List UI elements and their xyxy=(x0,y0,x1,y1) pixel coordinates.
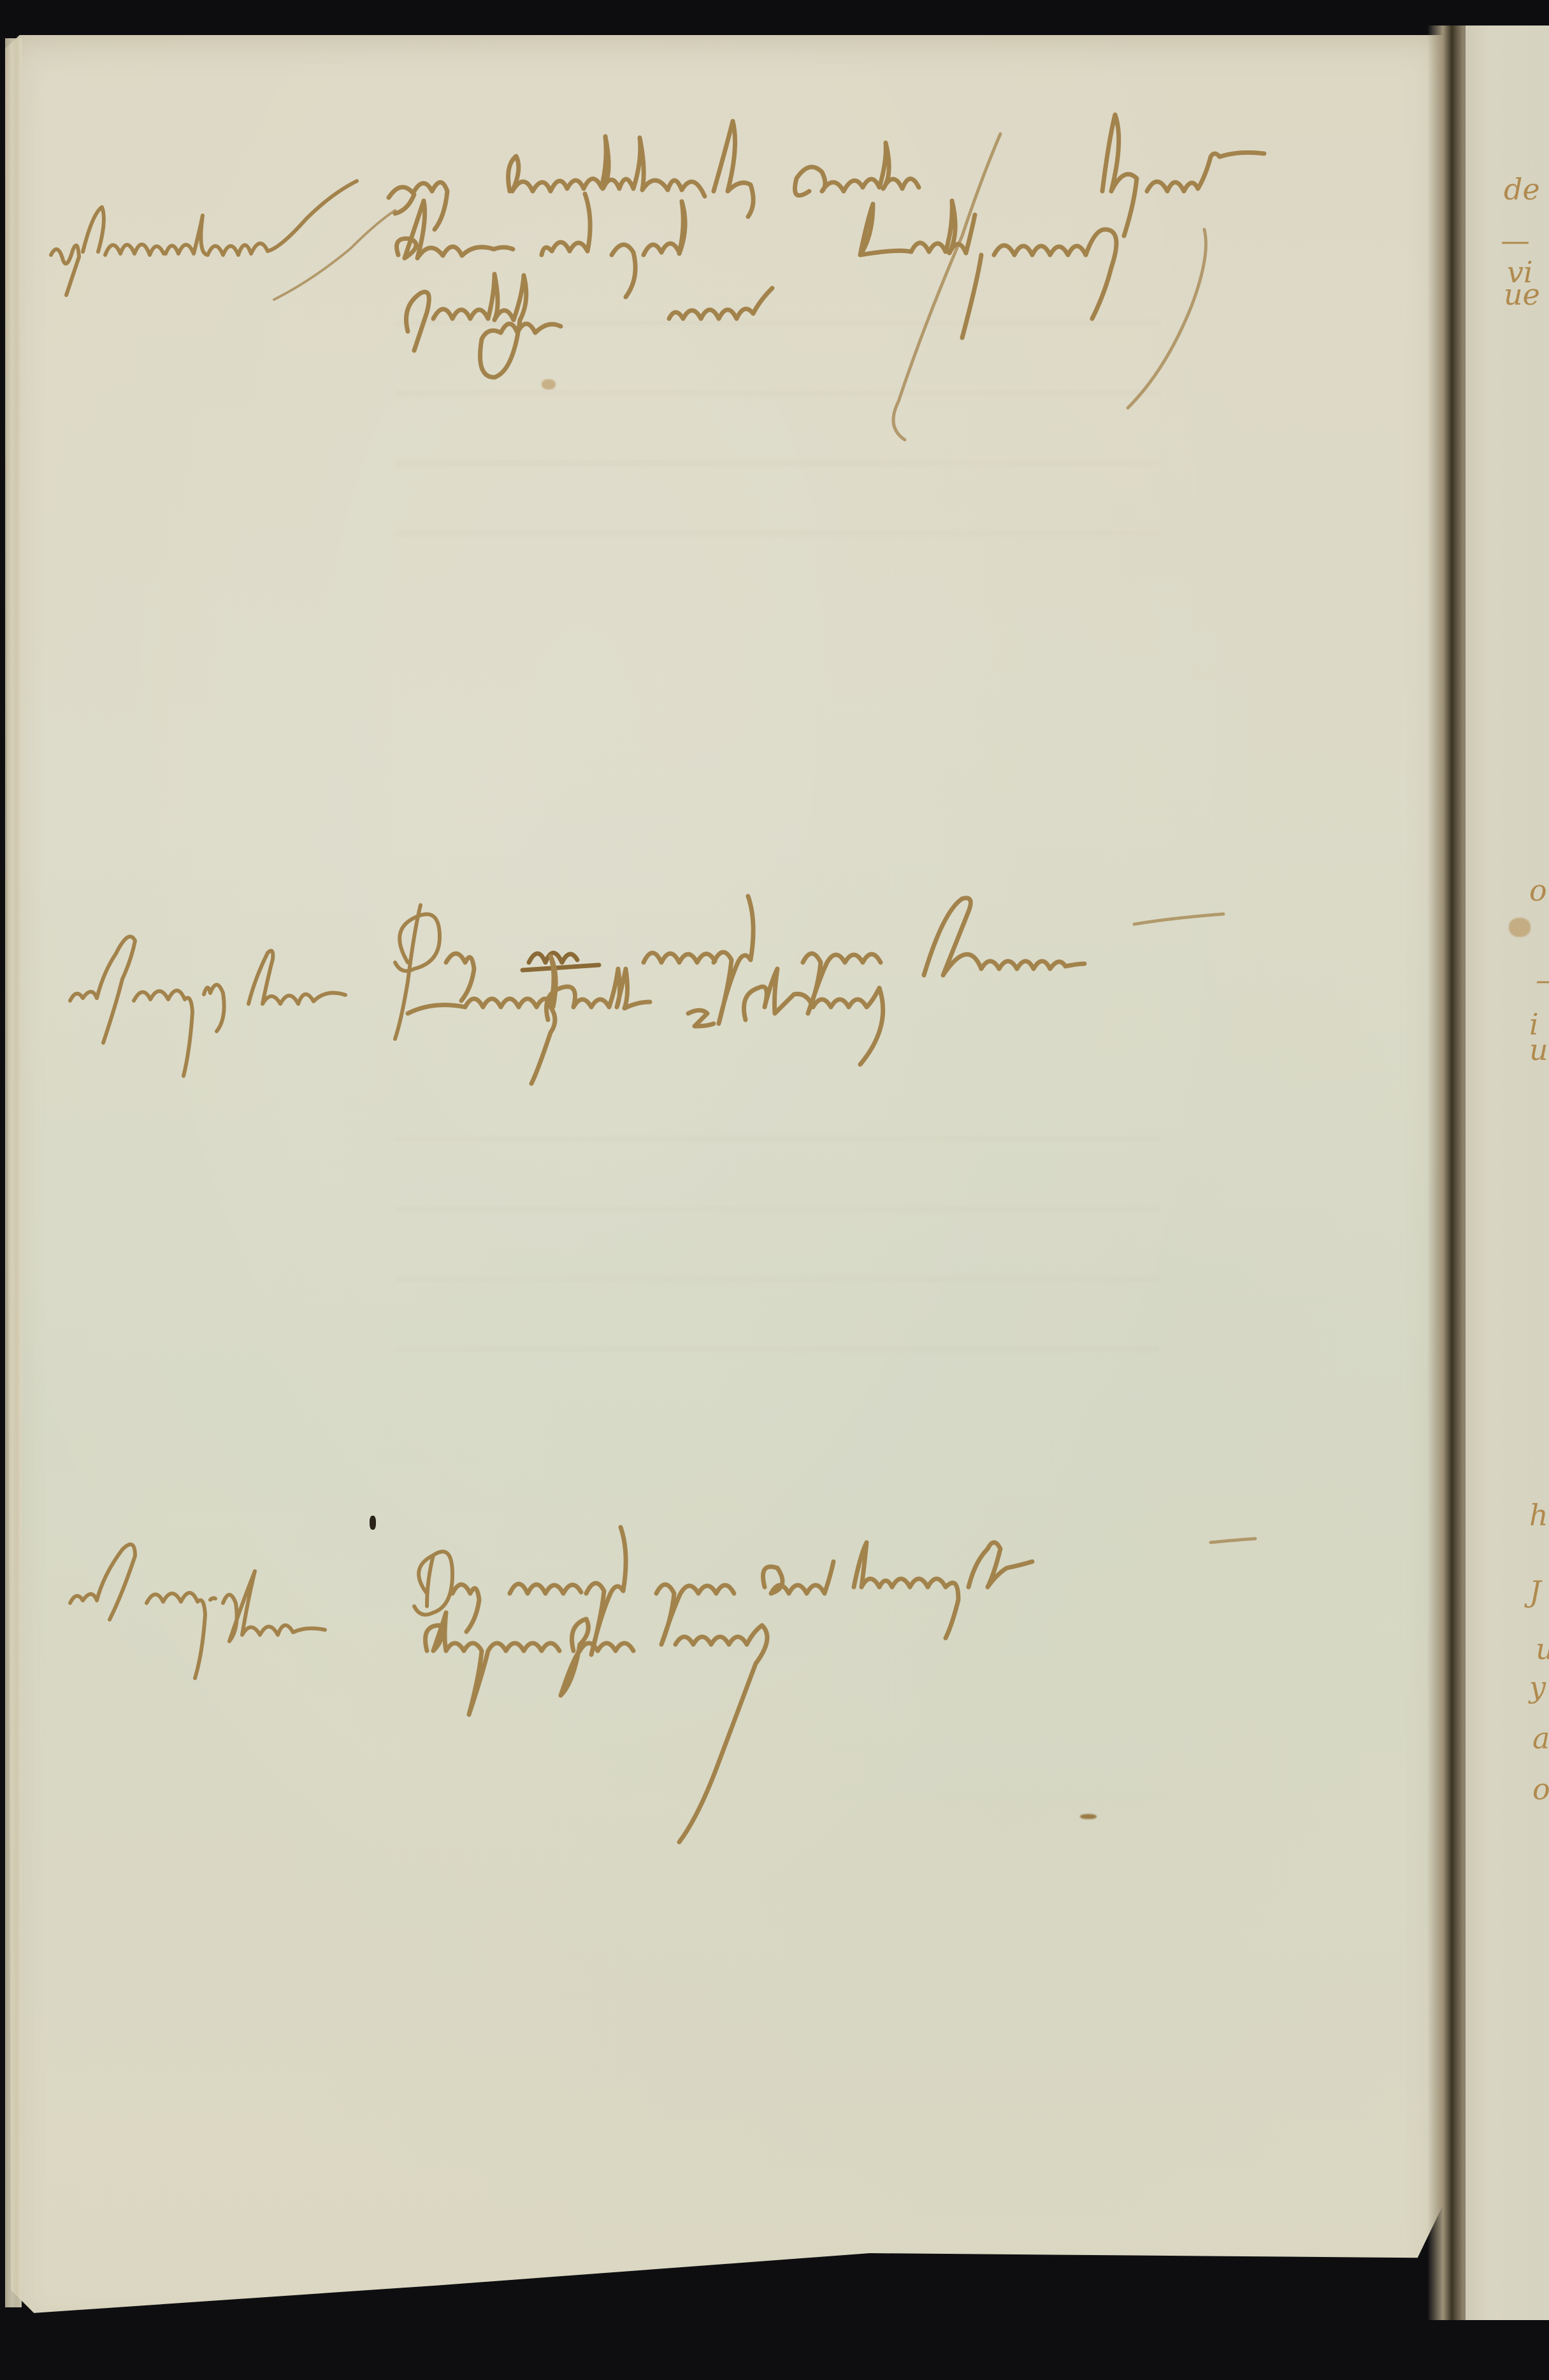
facing-page-fragment: ue xyxy=(1504,277,1540,312)
facing-page-fragment: J xyxy=(1529,1574,1541,1609)
facing-page-fragment: u xyxy=(1529,1033,1548,1067)
entry-3-margin-note: afbrengh in state xyxy=(70,1581,292,1610)
entry-3-line-1: Den noch dyer gha dienst dienende — xyxy=(452,1562,1044,1597)
facing-page-recto: de — vi ue o — i u h J u y a o xyxy=(1466,25,1549,2320)
small-ink-mark xyxy=(1080,1814,1097,1819)
facing-page-fragment: o xyxy=(1532,1772,1549,1806)
facing-page-stain xyxy=(1509,918,1531,937)
facing-page-fragment: y xyxy=(1529,1670,1546,1704)
facing-page-fragment: u xyxy=(1536,1632,1549,1666)
facing-page-fragment: — xyxy=(1501,223,1530,258)
facing-page-fragment: — xyxy=(1536,962,1549,997)
entry-3-handwriting xyxy=(0,0,1549,1785)
facing-page-fragment: h xyxy=(1529,1498,1548,1532)
facing-page-fragment: o xyxy=(1529,873,1547,908)
facing-page-fragment: a xyxy=(1532,1721,1549,1755)
facing-page-fragment: de xyxy=(1504,172,1540,207)
entry-3-line-2: obligatie ... vonnis) xyxy=(427,1619,724,1655)
